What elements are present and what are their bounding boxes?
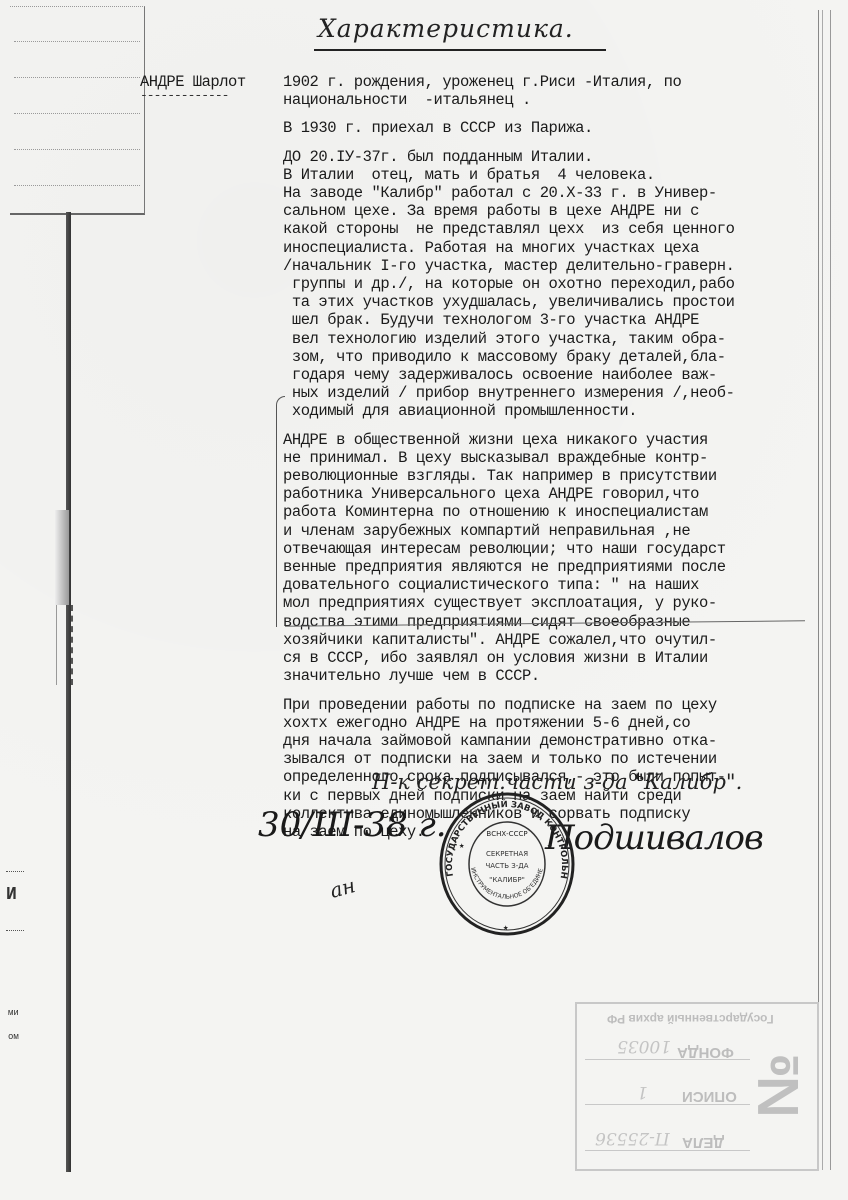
- archive-header: Государственный архив РФ: [607, 1012, 774, 1026]
- text-line: годаря чему задерживалось освоение наибо…: [283, 366, 823, 384]
- text-line: шел брак. Будучи технологом 3-го участка…: [283, 311, 823, 329]
- margin-fragment: ом: [8, 1032, 19, 1042]
- text-line: зывался от подписки на заем и только по …: [283, 750, 823, 768]
- delo-label: ДЕЛА: [682, 1134, 724, 1151]
- svg-text:ВСНХ-СССР: ВСНХ-СССР: [486, 830, 527, 838]
- subject-name-underline: -------------: [140, 88, 228, 103]
- fond-value: 10035: [617, 1036, 671, 1056]
- archive-stamp: Государственный архив РФ 10035 ФОНДА 1 О…: [575, 1002, 819, 1171]
- document-title: Характеристика.: [318, 14, 574, 43]
- text-line: сальном цехе. За время работы в цехе АНД…: [283, 202, 823, 220]
- text-line: значительно лучше чем в СССР.: [283, 667, 823, 685]
- text-line: иноспециалиста. Работая на многих участк…: [283, 239, 823, 257]
- text-line: мол предприятиях существует эксплоатация…: [283, 594, 823, 612]
- margin-fragment: ми: [8, 1008, 19, 1018]
- svg-text:★: ★: [503, 923, 509, 933]
- number-sign: №: [745, 1053, 812, 1118]
- text-line: довательного социалистического типа: " н…: [283, 576, 823, 594]
- text-line: вел технологию изделий этого участка, та…: [283, 330, 823, 348]
- text-line: и членам зарубежных компартий неправильн…: [283, 522, 823, 540]
- svg-text:"КАЛИБР": "КАЛИБР": [489, 876, 525, 884]
- title-underline: [314, 49, 606, 51]
- signature: Подшивалов: [545, 818, 763, 858]
- text-line: АНДРЕ в общественной жизни цеха никакого…: [283, 431, 823, 449]
- opis-label: ОПИСИ: [682, 1088, 737, 1105]
- svg-text:ЧАСТЬ З-ДА: ЧАСТЬ З-ДА: [485, 862, 528, 870]
- handwritten-mark: ан: [327, 873, 357, 903]
- text-line: ДО 20.IУ-37г. был подданным Италии.: [283, 148, 823, 166]
- text-line: венные предприятия являются не предприят…: [283, 558, 823, 576]
- svg-text:★: ★: [547, 841, 553, 851]
- round-seal-icon: ГОСУДАРСТВЕННЫЙ ЗАВОД КОНТРОЛЬНО-ИЗМЕР. …: [437, 790, 577, 938]
- signature-date: 30/III-38 г.: [258, 805, 447, 845]
- text-line: При проведении работы по подписке на зае…: [283, 696, 823, 714]
- previous-page-stub: [10, 6, 145, 215]
- torn-tab: [56, 605, 73, 685]
- text-line: дня начала займовой кампании демонстрати…: [283, 732, 823, 750]
- margin-bracket: [276, 396, 285, 627]
- delo-value: П-25536: [595, 1128, 670, 1148]
- text-line: ных изделий / прибор внутреннего измерен…: [283, 384, 823, 402]
- text-line: революционные взгляды. Так например в пр…: [283, 467, 823, 485]
- text-line: хохтх ежегодно АНДРЕ на протяжении 5-6 д…: [283, 714, 823, 732]
- text-line: та этих участков ухудшалась, увеличивали…: [283, 293, 823, 311]
- text-line: хозяйчики капиталисты". АНДРЕ сожалел,чт…: [283, 631, 823, 649]
- text-line: На заводе "Калибр" работал с 20.Х-33 г. …: [283, 184, 823, 202]
- binding-shadow: [55, 510, 69, 605]
- binding-edge: [66, 212, 71, 1172]
- opis-value: 1: [637, 1082, 648, 1102]
- text-line: В Италии отец, мать и братья 4 человека.: [283, 166, 823, 184]
- document-body: 1902 г. рождения, уроженец г.Риси -Итали…: [283, 73, 823, 841]
- fond-label: ФОНДА: [677, 1044, 734, 1061]
- text-line: ся в СССР, ибо заявлял он условия жизни …: [283, 649, 823, 667]
- text-line: какой стороны не представлял цехх из себ…: [283, 220, 823, 238]
- text-line: зом, что приводило к массовому браку дет…: [283, 348, 823, 366]
- text-line: группы и др./, на которые он охотно пере…: [283, 275, 823, 293]
- text-line: отвечающая интересам революции; что наши…: [283, 540, 823, 558]
- margin-fragment: И: [6, 885, 17, 905]
- text-line: не принимал. В цеху высказывал враждебны…: [283, 449, 823, 467]
- document-page: И ми ом Характеристика. АНДРЕ Шарлот ---…: [0, 0, 848, 1200]
- text-line: работника Универсального цеха АНДРЕ гово…: [283, 485, 823, 503]
- svg-text:★: ★: [459, 841, 465, 851]
- svg-text:СЕКРЕТНАЯ: СЕКРЕТНАЯ: [486, 850, 528, 858]
- text-line: работа Коминтерна по отношению к иноспец…: [283, 503, 823, 521]
- text-line: /начальник I-го участка, мастер делитель…: [283, 257, 823, 275]
- text-line: В 1930 г. приехал в СССР из Парижа.: [283, 119, 823, 137]
- text-line: национальности -итальянец .: [283, 91, 823, 109]
- text-line: ходимый для авиационной промышленности.: [283, 402, 823, 420]
- text-line: 1902 г. рождения, уроженец г.Риси -Итали…: [283, 73, 823, 91]
